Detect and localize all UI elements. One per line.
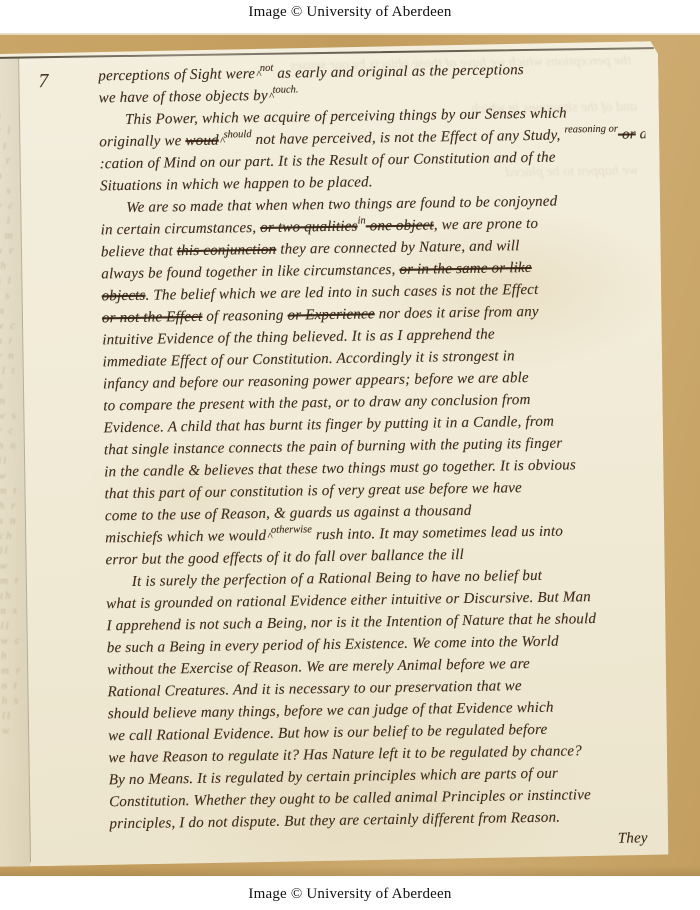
- handwritten-text: believe that: [101, 243, 177, 260]
- handwritten-text: we have of those objects by: [99, 88, 268, 107]
- handwritten-text: of reasoning: [202, 308, 287, 325]
- struck-text: woud: [185, 133, 219, 149]
- inserted-text: otherwise: [271, 524, 312, 536]
- handwritten-text: Situations in which we happen to be plac…: [100, 174, 373, 194]
- handwritten-text: Rational Creatures. And it is necessary …: [107, 678, 522, 700]
- inserted-text: touch.: [272, 84, 298, 95]
- manuscript-text-block: perceptions of Sight were^not as early a…: [98, 57, 656, 865]
- handwritten-text: immediate Effect of our Constitution. Ac…: [102, 348, 514, 370]
- page-number: 7: [38, 70, 48, 93]
- handwritten-text: mischiefs which we would: [105, 528, 266, 546]
- struck-text: or two qualities: [260, 219, 358, 236]
- handwritten-text: not have perceived, is not the Effect of…: [252, 127, 565, 148]
- handwritten-text: that this part of our constitution is of…: [104, 480, 522, 502]
- handwritten-text: come to the use of Reason, & guards us a…: [105, 503, 472, 524]
- handwritten-text: It is surely the perfection of a Rationa…: [132, 568, 542, 590]
- handwritten-text: They: [618, 830, 648, 846]
- inserted-text: reasoning or: [564, 124, 618, 136]
- handwritten-text: appli: [636, 126, 646, 143]
- handwritten-text: originally we: [99, 133, 185, 150]
- inserted-text: in: [357, 215, 365, 226]
- inserted-text: should: [223, 129, 251, 140]
- handwritten-text: rush into. It may sometimes lead us into: [312, 524, 563, 544]
- handwritten-text: perceptions of Sight were: [98, 66, 255, 84]
- manuscript-scan: the perceptions which we have of those o…: [0, 33, 700, 876]
- handwritten-text: always be found together in like circums…: [101, 262, 399, 282]
- handwritten-text: nor does it arise from any: [375, 304, 539, 322]
- handwritten-text: they are connected by Nature, and will: [276, 238, 520, 258]
- handwritten-text: in certain circumstances,: [101, 220, 261, 238]
- handwritten-text: principles, I do not dispute. But they a…: [109, 810, 560, 833]
- struck-text: or: [618, 126, 636, 142]
- handwritten-text: error but the good effects of it do fall…: [105, 547, 464, 568]
- struck-text: one object: [366, 217, 434, 234]
- struck-text: or not the Effect: [102, 309, 203, 326]
- struck-text: or in the same or like: [399, 260, 532, 278]
- struck-text: or Experience: [287, 306, 374, 323]
- handwritten-text: , we are prone to: [434, 216, 539, 234]
- struck-text: objects: [102, 288, 146, 305]
- handwritten-text: intuitive Evidence of the thing believed…: [102, 327, 495, 349]
- inserted-text: not: [260, 63, 274, 74]
- struck-text: this conjunction: [177, 242, 277, 259]
- handwritten-text: as early and original as the perceptions: [273, 62, 524, 82]
- top-copyright-caption: Image © University of Aberdeen: [0, 4, 700, 21]
- handwritten-text: :cation of Mind on our part. It is the R…: [100, 150, 556, 173]
- handwritten-text: . The belief which we are led into in su…: [145, 282, 538, 304]
- manuscript-leaf: the perceptions which we have of those o…: [0, 41, 670, 867]
- bottom-copyright-caption: Image © University of Aberdeen: [0, 886, 700, 903]
